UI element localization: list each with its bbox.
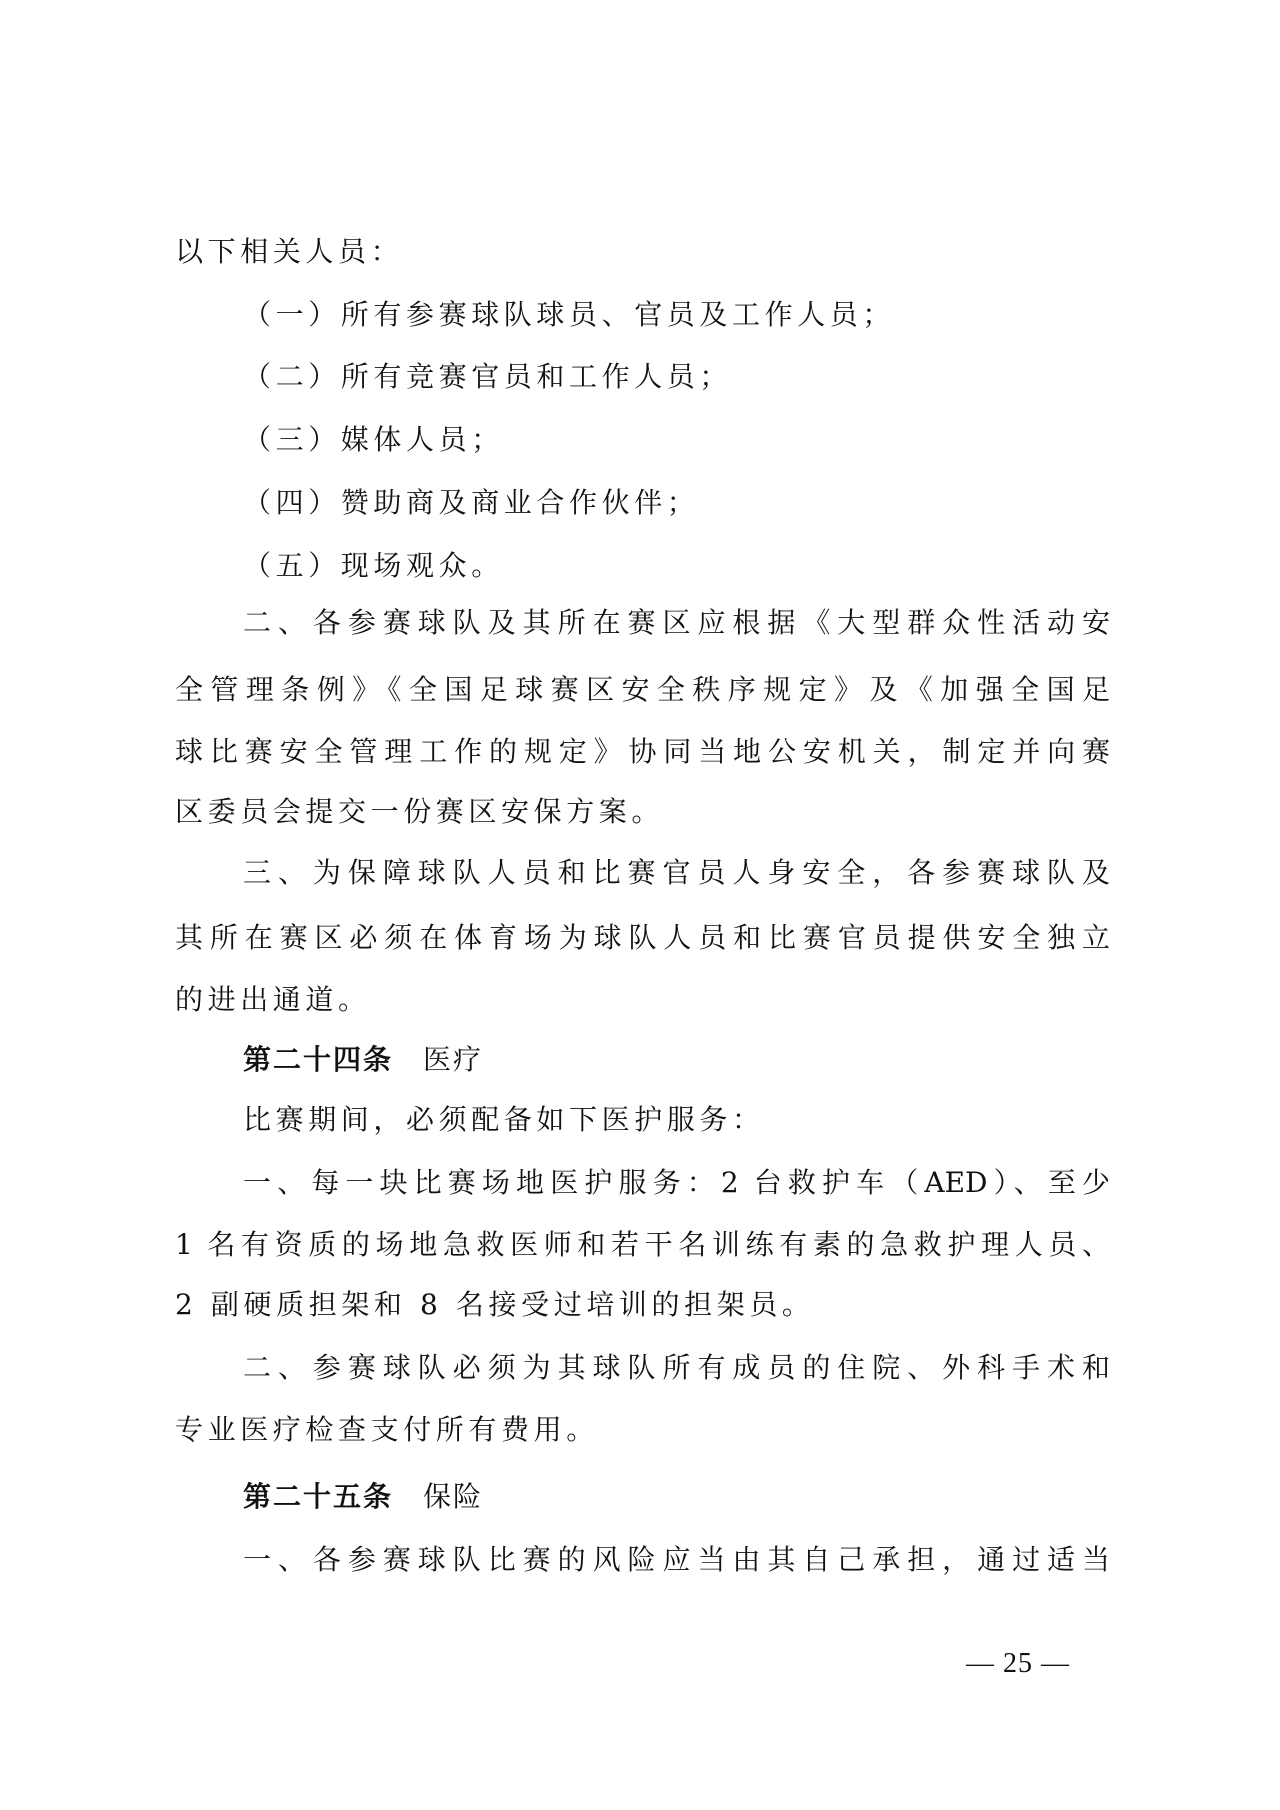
document-page: 以下相关人员： （一）所有参赛球队球员、官员及工作人员； （二）所有竞赛官员和工…	[0, 0, 1280, 1810]
page-number: — 25 —	[966, 1648, 1070, 1680]
list-item-2: （二）所有竞赛官员和工作人员；	[243, 357, 732, 397]
paragraph-line: 一、各参赛球队比赛的风险应当由其自己承担，通过适当	[243, 1540, 1110, 1580]
article-heading-25: 第二十五条保险	[243, 1477, 483, 1517]
paragraph-line: 1 名有资质的场地急救医师和若干名训练有素的急救护理人员、	[175, 1225, 1110, 1265]
paragraph-line: 专业医疗检查支付所有费用。	[175, 1410, 599, 1450]
paragraph-line: 其所在赛区必须在体育场为球队人员和比赛官员提供安全独立	[175, 918, 1110, 958]
list-item-4: （四）赞助商及商业合作伙伴；	[243, 483, 699, 523]
list-item-1: （一）所有参赛球队球员、官员及工作人员；	[243, 295, 895, 335]
paragraph-line: 一、每一块比赛场地医护服务：2 台救护车（AED）、至少	[243, 1163, 1110, 1203]
paragraph-line: 以下相关人员：	[175, 232, 403, 272]
article-number: 第二十四条	[243, 1043, 393, 1076]
paragraph-line: 二、参赛球队必须为其球队所有成员的住院、外科手术和	[243, 1348, 1110, 1388]
paragraph-line: 三、为保障球队人员和比赛官员人身安全，各参赛球队及	[243, 853, 1110, 893]
paragraph-line: 球比赛安全管理工作的规定》协同当地公安机关，制定并向赛	[175, 732, 1110, 772]
paragraph-line: 2 副硬质担架和 8 名接受过培训的担架员。	[175, 1285, 815, 1325]
article-number: 第二十五条	[243, 1480, 393, 1513]
article-title: 医疗	[423, 1043, 483, 1076]
article-heading-24: 第二十四条医疗	[243, 1040, 483, 1080]
list-item-5: （五）现场观众。	[243, 546, 504, 586]
list-item-3: （三）媒体人员；	[243, 420, 504, 460]
article-title: 保险	[423, 1480, 483, 1513]
paragraph-line: 区委员会提交一份赛区安保方案。	[175, 792, 664, 832]
paragraph-line: 二、各参赛球队及其所在赛区应根据《大型群众性活动安	[243, 603, 1110, 643]
paragraph-line: 的进出通道。	[175, 980, 371, 1020]
paragraph-line: 比赛期间，必须配备如下医护服务：	[243, 1100, 765, 1140]
paragraph-line: 全管理条例》《全国足球赛区安全秩序规定》及《加强全国足	[175, 670, 1110, 710]
